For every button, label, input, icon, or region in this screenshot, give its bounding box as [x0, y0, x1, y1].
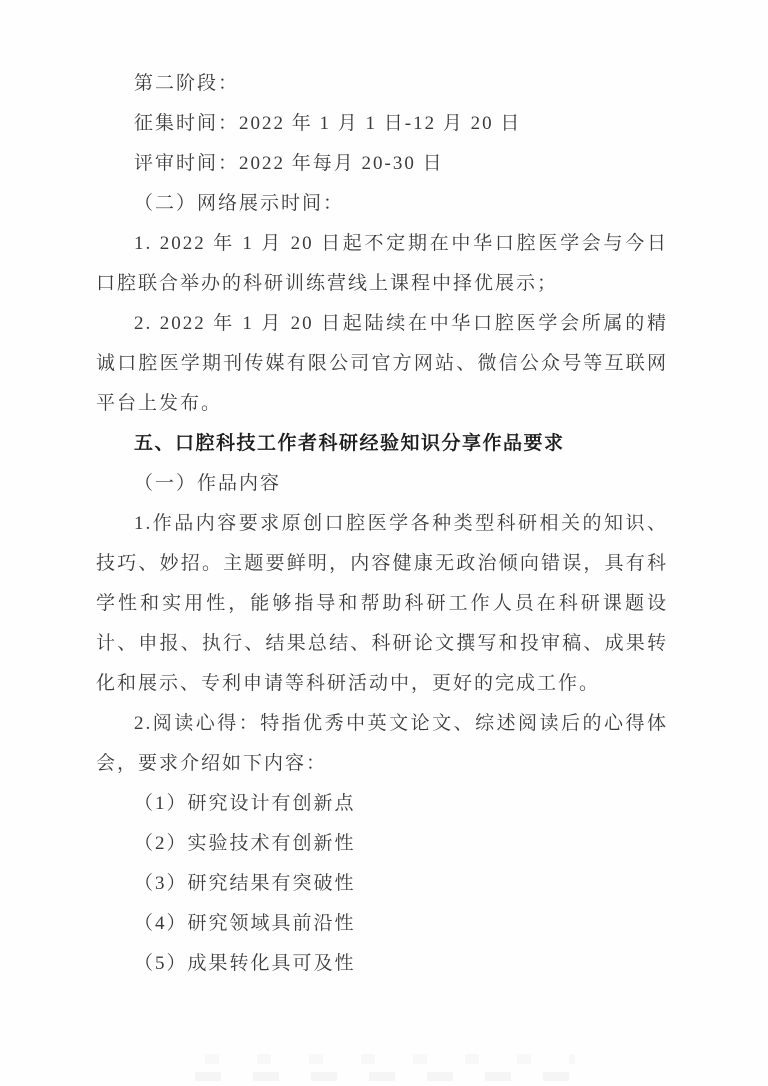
list-item-5: （5）成果转化具可及性 [96, 944, 668, 984]
paragraph-stage-2: 第二阶段： [96, 64, 668, 104]
subsection-heading-online-display-time: （二）网络展示时间： [96, 184, 668, 224]
list-item-3: （3）研究结果有突破性 [96, 864, 668, 904]
paragraph-collection-time: 征集时间：2022 年 1 月 1 日-12 月 20 日 [96, 104, 668, 144]
artifact-row-bottom [195, 1072, 590, 1081]
artifact-row-top [205, 1054, 575, 1064]
document-content: 第二阶段： 征集时间：2022 年 1 月 1 日-12 月 20 日 评审时间… [96, 64, 668, 984]
paragraph-display-item-2: 2. 2022 年 1 月 20 日起陆续在中华口腔医学会所属的精诚口腔医学期刊… [96, 304, 668, 424]
paragraph-display-item-1: 1. 2022 年 1 月 20 日起不定期在中华口腔医学会与今日口腔联合举办的… [96, 224, 668, 304]
list-item-4: （4）研究领域具前沿性 [96, 904, 668, 944]
paragraph-content-requirement-2: 2.阅读心得：特指优秀中英文论文、综述阅读后的心得体会，要求介绍如下内容： [96, 704, 668, 784]
document-page: 第二阶段： 征集时间：2022 年 1 月 1 日-12 月 20 日 评审时间… [0, 0, 768, 1086]
paragraph-content-requirement-1: 1.作品内容要求原创口腔医学各种类型科研相关的知识、技巧、妙招。主题要鲜明，内容… [96, 504, 668, 704]
subsection-heading-work-content: （一）作品内容 [96, 464, 668, 504]
paragraph-review-time: 评审时间：2022 年每月 20-30 日 [96, 144, 668, 184]
section-heading-five: 五、口腔科技工作者科研经验知识分享作品要求 [96, 424, 668, 464]
list-item-2: （2）实验技术有创新性 [96, 824, 668, 864]
list-item-1: （1）研究设计有创新点 [96, 784, 668, 824]
next-page-text-artifact [195, 1054, 590, 1084]
